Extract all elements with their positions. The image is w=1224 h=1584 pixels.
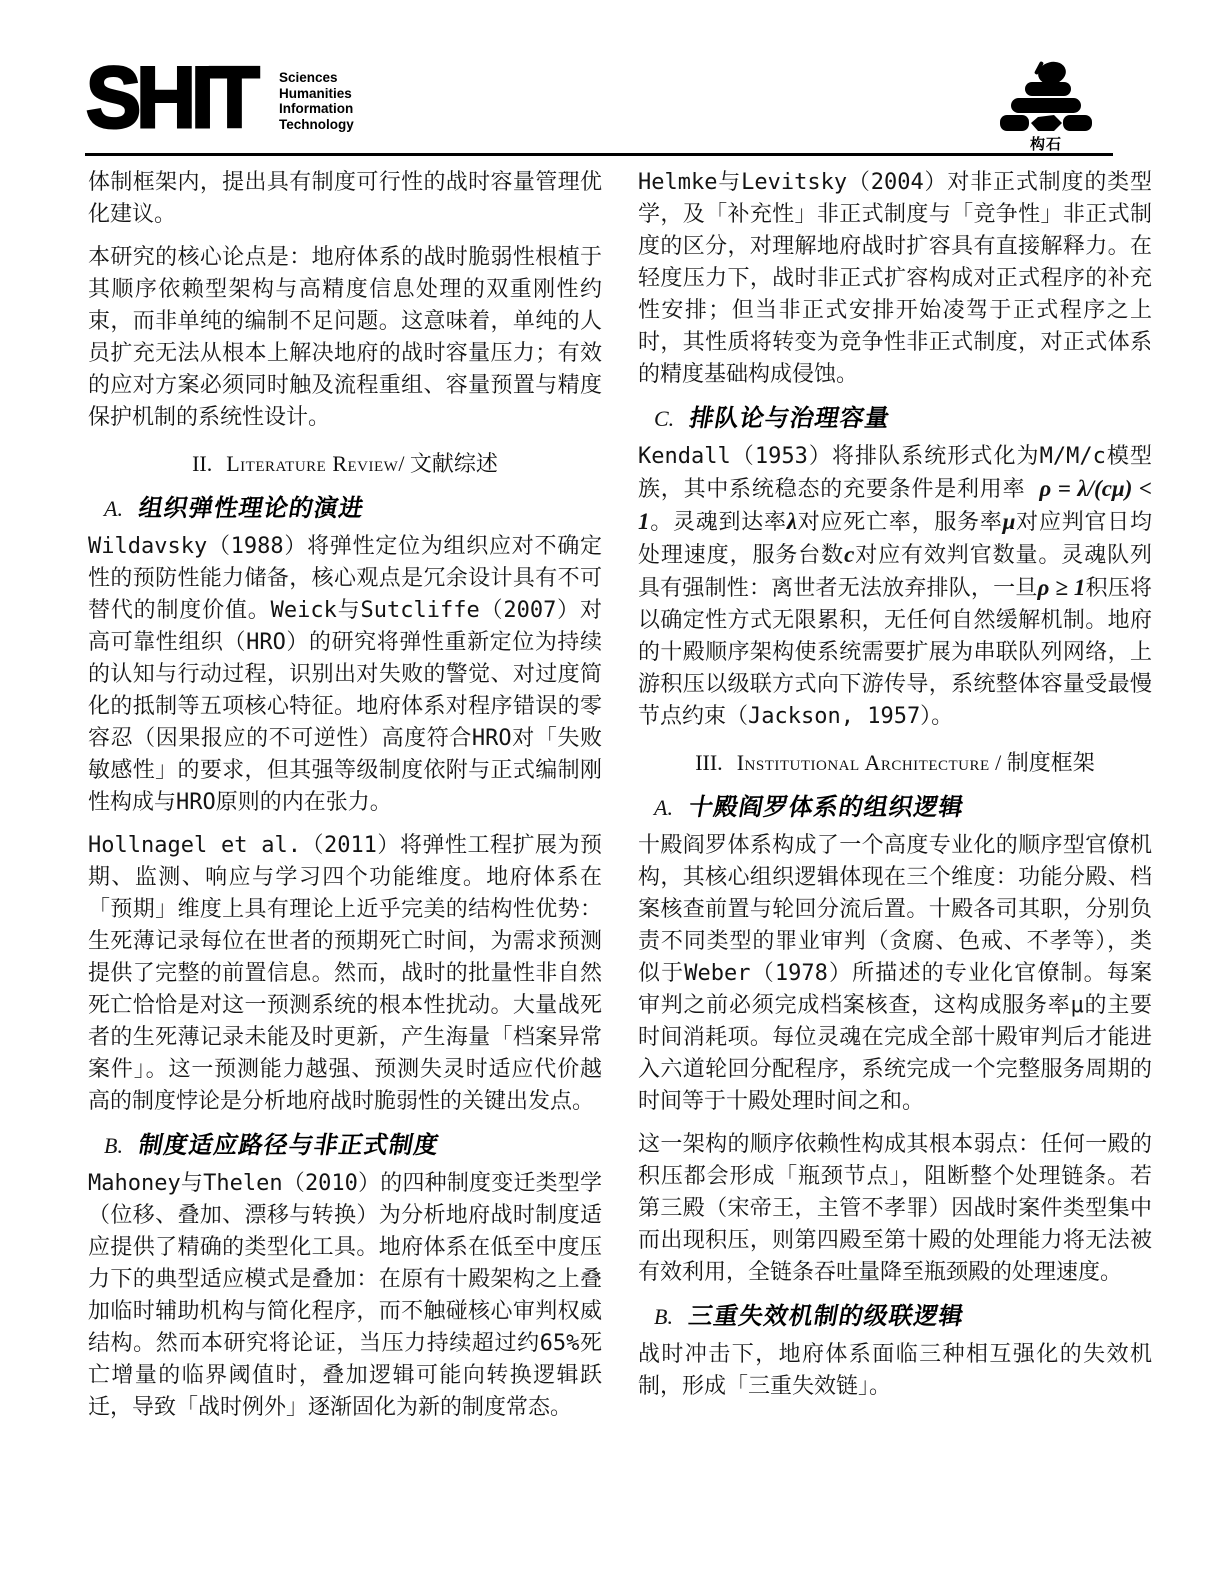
subsection-title: 三重失效机制的级联逻辑: [686, 1300, 967, 1332]
section-number: II.: [192, 451, 212, 476]
paragraph: 体制框架内，提出具有制度可行性的战时容量管理优化建议。: [88, 167, 602, 231]
journal-tagline: Sciences Humanities Information Technolo…: [279, 70, 354, 132]
section-heading-institutional-architecture: III.Institutional Architecture / 制度框架: [638, 747, 1152, 779]
section-heading-literature-review: II.Literature Review/ 文献综述: [88, 448, 602, 480]
section-title-en: Literature Review: [226, 451, 398, 476]
paragraph: 本研究的核心论点是：地府体系的战时脆弱性根植于其顺序依赖型架构与高精度信息处理的…: [88, 242, 602, 434]
subsection-title: 排队论与治理容量: [687, 402, 893, 434]
section-title-zh: / 文献综述: [398, 451, 498, 476]
paragraph: Wildavsky（1988）将弹性定位为组织应对不确定性的预防性能力储备，核心…: [88, 531, 602, 819]
tagline-line: Sciences: [279, 70, 354, 86]
subsection-letter: A.: [104, 496, 123, 521]
publisher-mark: 构石: [990, 60, 1102, 154]
tagline-line: Technology: [279, 117, 354, 133]
subsection-heading-b2: B.三重失效机制的级联逻辑: [638, 1300, 1152, 1334]
stone-cairn-icon: [996, 60, 1096, 132]
subsection-letter: A.: [654, 795, 673, 820]
section-number: III.: [695, 750, 722, 775]
column-right: Helmke与Levitsky（2004）对非正式制度的类型学，及「补充性」非正…: [638, 167, 1152, 1414]
subsection-heading-c: C.排队论与治理容量: [638, 402, 1152, 436]
paragraph: 战时冲击下，地府体系面临三种相互强化的失效机制，形成「三重失效链」。: [638, 1339, 1152, 1403]
subsection-letter: C.: [654, 406, 674, 431]
paragraph: 十殿阎罗体系构成了一个高度专业化的顺序型官僚机构，其核心组织逻辑体现在三个维度：…: [638, 830, 1152, 1118]
tagline-line: Information: [279, 101, 354, 117]
subsection-heading-b: B.制度适应路径与非正式制度: [88, 1129, 602, 1163]
subsection-title: 制度适应路径与非正式制度: [136, 1129, 442, 1161]
paragraph: Hollnagel et al.（2011）将弹性工程扩展为预期、监测、响应与学…: [88, 830, 602, 1118]
subsection-heading-a: A.组织弹性理论的演进: [88, 492, 602, 526]
masthead-rule: [85, 153, 1113, 156]
section-title-en: Institutional Architecture: [737, 750, 990, 775]
section-title-zh: / 制度框架: [990, 750, 1095, 775]
journal-logo: SHIT: [86, 58, 255, 138]
paragraph-with-formula: Kendall（1953）将排队系统形式化为M/M/c模型族，其中系统稳态的充要…: [638, 441, 1152, 733]
paragraph: 这一架构的顺序依赖性构成其根本弱点：任何一殿的积压都会形成「瓶颈节点」，阻断整个…: [638, 1129, 1152, 1289]
subsection-letter: B.: [104, 1133, 123, 1158]
paragraph: Helmke与Levitsky（2004）对非正式制度的类型学，及「补充性」非正…: [638, 167, 1152, 391]
subsection-title: 十殿阎罗体系的组织逻辑: [686, 791, 967, 823]
subsection-title: 组织弹性理论的演进: [136, 492, 367, 524]
subsection-letter: B.: [654, 1304, 673, 1329]
paper-page: SHIT Sciences Humanities Information Tec…: [0, 0, 1224, 1584]
tagline-line: Humanities: [279, 86, 354, 102]
paragraph: Mahoney与Thelen（2010）的四种制度变迁类型学（位移、叠加、漂移与…: [88, 1168, 602, 1424]
publisher-label: 构石: [990, 133, 1102, 154]
subsection-heading-a2: A.十殿阎罗体系的组织逻辑: [638, 791, 1152, 825]
column-left: 体制框架内，提出具有制度可行性的战时容量管理优化建议。 本研究的核心论点是：地府…: [88, 167, 602, 1435]
